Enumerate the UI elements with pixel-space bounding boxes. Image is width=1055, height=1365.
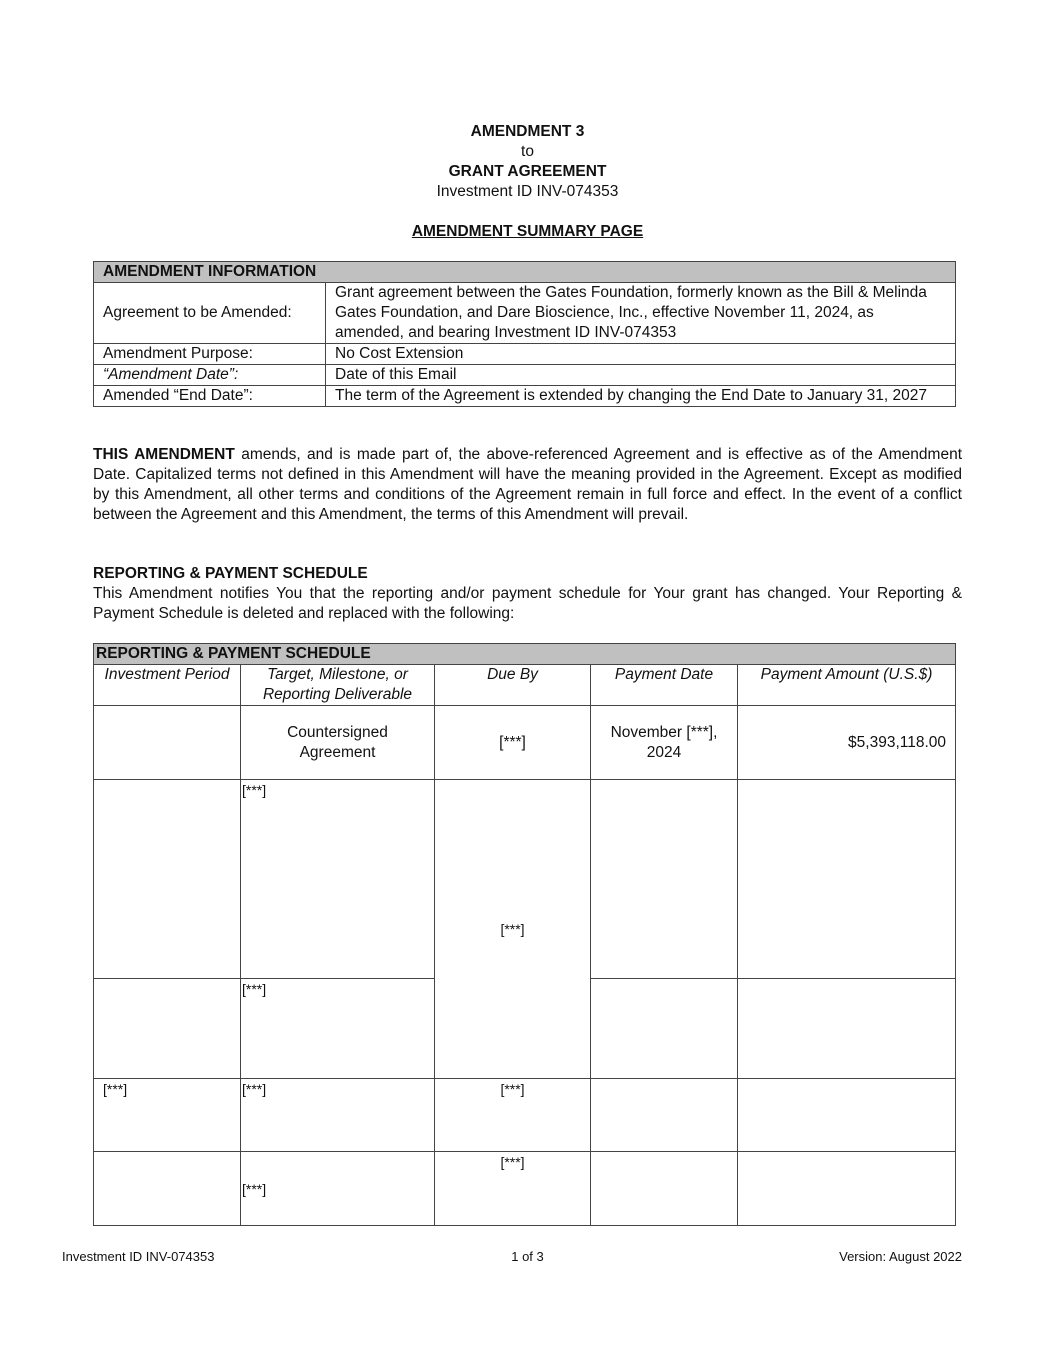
summary-page-title: AMENDMENT SUMMARY PAGE bbox=[0, 222, 1055, 242]
row-label: Amendment Purpose: bbox=[94, 344, 326, 365]
table-row: Agreement to be Amended: Grant agreement… bbox=[94, 283, 956, 344]
investment-id: Investment ID INV-074353 bbox=[0, 182, 1055, 202]
table-row: “Amendment Date”: Date of this Email bbox=[94, 365, 956, 386]
agreement-title: GRANT AGREEMENT bbox=[0, 162, 1055, 182]
target-cell: [***] bbox=[241, 1079, 435, 1152]
amendment-information-heading: AMENDMENT INFORMATION bbox=[94, 262, 956, 283]
row-label: Amended “End Date”: bbox=[94, 386, 326, 407]
schedule-paragraph: This Amendment notifies You that the rep… bbox=[93, 584, 962, 624]
due-by-cell: [***] bbox=[435, 706, 591, 780]
amendment-title: AMENDMENT 3 bbox=[0, 122, 1055, 142]
target-cell: Countersigned Agreement bbox=[241, 706, 435, 780]
document-title-block: AMENDMENT 3 to GRANT AGREEMENT Investmen… bbox=[0, 122, 1055, 202]
row-value: Date of this Email bbox=[326, 365, 956, 386]
payment-amount-cell bbox=[738, 1079, 956, 1152]
column-header: Payment Date bbox=[591, 665, 738, 706]
due-by-cell: [***] bbox=[435, 780, 591, 1079]
payment-amount-cell bbox=[738, 979, 956, 1079]
column-header: Investment Period bbox=[94, 665, 241, 706]
investment-period-cell bbox=[94, 979, 241, 1079]
target-cell: [***] bbox=[241, 979, 435, 1079]
footer-version: Version: August 2022 bbox=[839, 1249, 962, 1264]
row-label: “Amendment Date”: bbox=[94, 365, 326, 386]
payment-date-cell bbox=[591, 979, 738, 1079]
table-row: [***] [***] [***] bbox=[94, 1079, 956, 1152]
table-row: Countersigned Agreement [***] November [… bbox=[94, 706, 956, 780]
payment-date-cell: November [***], 2024 bbox=[591, 706, 738, 780]
table-row: [***] [***] bbox=[94, 1152, 956, 1226]
target-cell: [***] bbox=[241, 780, 435, 979]
amendment-information-table: AMENDMENT INFORMATION Agreement to be Am… bbox=[93, 261, 956, 407]
payment-amount-cell bbox=[738, 780, 956, 979]
table-row: [***] [***] bbox=[94, 780, 956, 979]
payment-amount-cell bbox=[738, 1152, 956, 1226]
payment-amount-cell: $5,393,118.00 bbox=[738, 706, 956, 780]
schedule-section-heading: REPORTING & PAYMENT SCHEDULE bbox=[93, 564, 962, 584]
schedule-table-heading: REPORTING & PAYMENT SCHEDULE bbox=[94, 644, 956, 665]
payment-date-cell bbox=[591, 780, 738, 979]
title-connector: to bbox=[0, 142, 1055, 162]
investment-period-cell bbox=[94, 1152, 241, 1226]
column-header-row: Investment Period Target, Milestone, or … bbox=[94, 665, 956, 706]
row-value: Grant agreement between the Gates Founda… bbox=[326, 283, 956, 344]
row-value: No Cost Extension bbox=[326, 344, 956, 365]
column-header: Payment Amount (U.S.$) bbox=[738, 665, 956, 706]
amendment-paragraph: THIS AMENDMENT amends, and is made part … bbox=[93, 445, 962, 525]
investment-period-cell bbox=[94, 780, 241, 979]
column-header: Target, Milestone, or Reporting Delivera… bbox=[241, 665, 435, 706]
investment-period-cell bbox=[94, 706, 241, 780]
table-row: Amendment Purpose: No Cost Extension bbox=[94, 344, 956, 365]
row-label: Agreement to be Amended: bbox=[94, 283, 326, 344]
payment-date-cell bbox=[591, 1152, 738, 1226]
reporting-payment-schedule-table: REPORTING & PAYMENT SCHEDULE Investment … bbox=[93, 643, 956, 1226]
row-value: The term of the Agreement is extended by… bbox=[326, 386, 956, 407]
investment-period-cell: [***] bbox=[94, 1079, 241, 1152]
table-row: Amended “End Date”: The term of the Agre… bbox=[94, 386, 956, 407]
payment-date-cell bbox=[591, 1079, 738, 1152]
amendment-lead-in: THIS AMENDMENT bbox=[93, 446, 235, 463]
due-by-cell: [***] bbox=[435, 1079, 591, 1152]
target-cell: [***] bbox=[241, 1152, 435, 1226]
due-by-cell: [***] bbox=[435, 1152, 591, 1226]
column-header: Due By bbox=[435, 665, 591, 706]
